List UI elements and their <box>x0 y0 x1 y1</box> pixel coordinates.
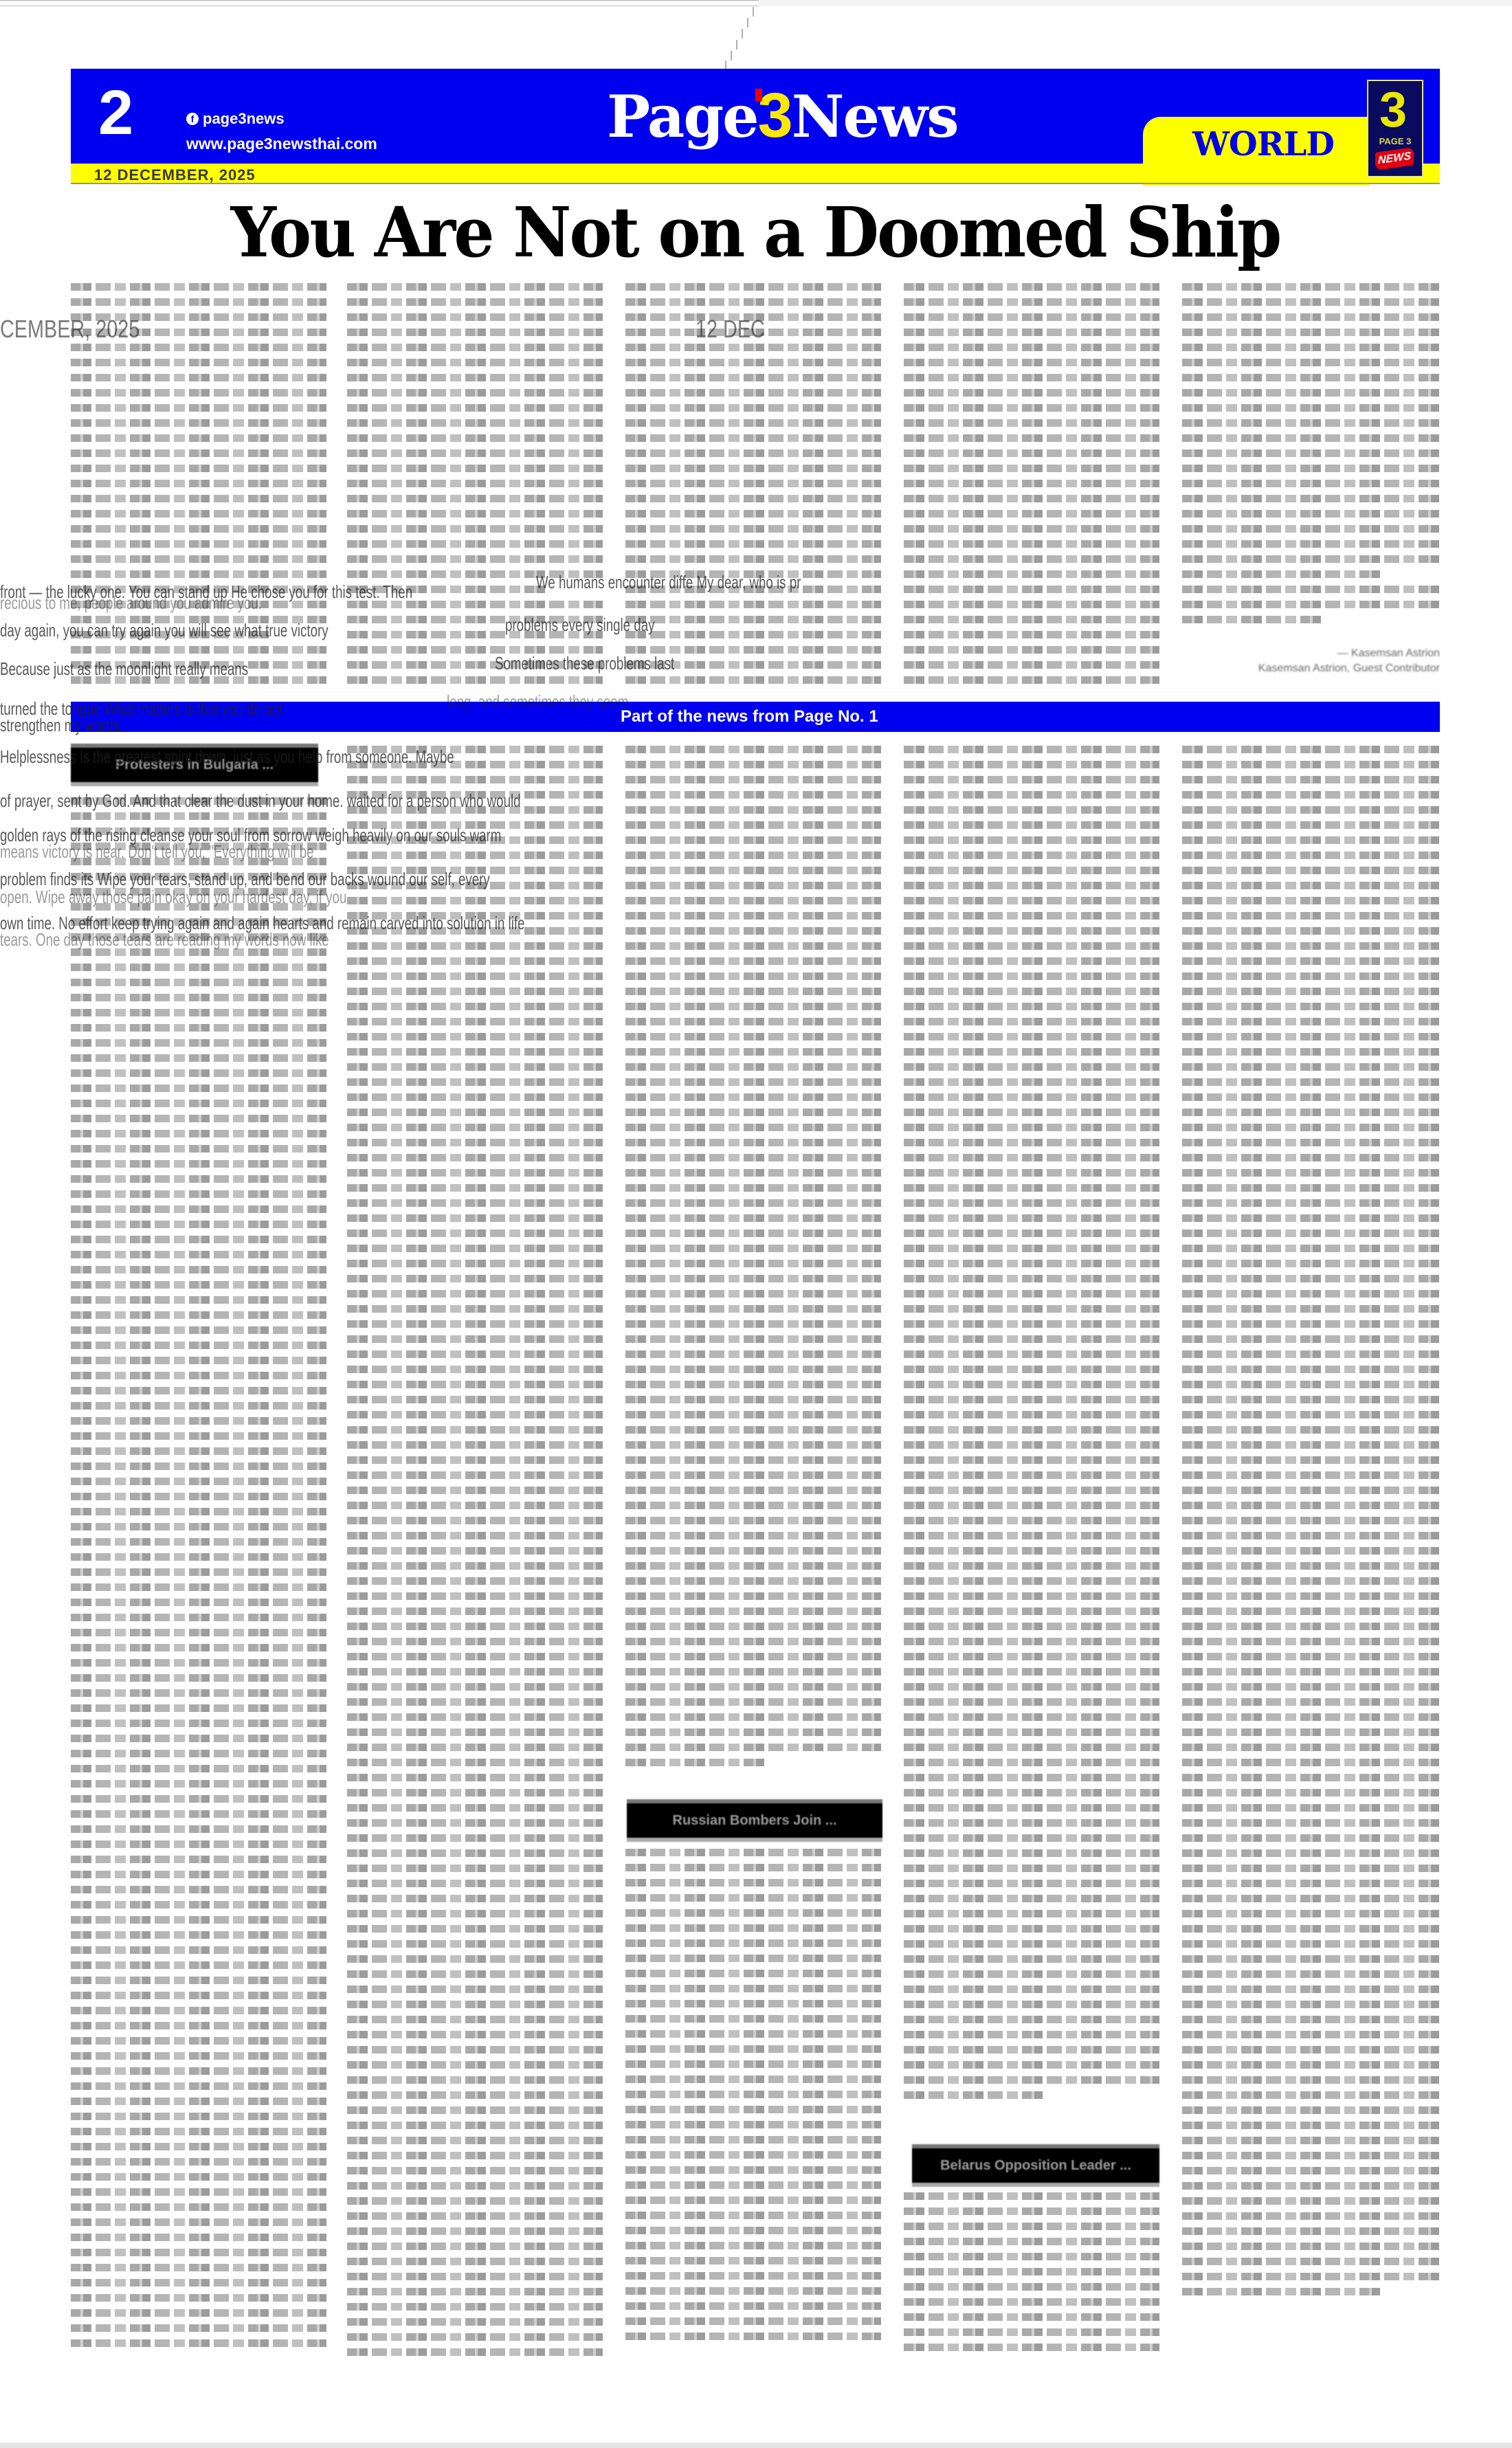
news-column-3-lower <box>625 1849 881 2357</box>
article-headline: You Are Not on a Doomed Ship <box>119 194 1392 270</box>
artifact-mark <box>731 51 732 60</box>
logo-number: 3 <box>758 80 792 151</box>
article-column-5 <box>1182 283 1440 641</box>
artifact-mark <box>753 7 754 16</box>
artifact-mark <box>742 29 743 38</box>
ghost-line: tears. One day those tears are reading m… <box>0 929 329 950</box>
continuation-label: Part of the news from Page No. 1 <box>621 707 878 726</box>
ghost-line: Sometimes these problems last <box>495 653 674 674</box>
social-link[interactable]: fpage3news <box>186 110 285 128</box>
page3news-logo: Page3News <box>607 84 958 147</box>
artifact-mark <box>747 18 748 27</box>
ghost-line: open. Wipe away those pain okay on your … <box>0 887 346 908</box>
ghost-line: of prayer, sent by God. And that clear t… <box>0 790 521 812</box>
social-handle: page3news <box>203 110 285 127</box>
masthead: 12 DECEMBER, 2025 2 fpage3news www.page3… <box>71 69 1440 181</box>
news-column-1-body <box>71 797 326 2385</box>
logo-text-left: Page <box>607 82 758 151</box>
subhead-belarus-opposition: Belarus Opposition Leader ... <box>912 2144 1159 2187</box>
ghost-line: Because just as the moonlight really mea… <box>0 658 248 680</box>
article-byline: — Kasemsan Astrion Kasemsan Astrion, Gue… <box>1196 646 1440 676</box>
page-number: 2 <box>98 81 133 144</box>
ghost-line: day again, you can try again you will se… <box>0 620 329 641</box>
article-column-4 <box>904 283 1159 694</box>
ghost-line: problems every single day <box>505 614 654 636</box>
news-column-5 <box>1182 746 1440 2354</box>
article-column-3 <box>625 283 881 694</box>
artifact-mark <box>736 40 737 49</box>
facebook-icon: f <box>186 113 199 125</box>
newspaper-page: 12 DECEMBER, 2025 2 fpage3news www.page3… <box>0 0 1512 2448</box>
badge-news: NEWS <box>1375 147 1414 170</box>
badge-page: PAGE 3 <box>1372 136 1418 146</box>
news-column-3 <box>625 746 881 1783</box>
ghost-line: strengthen my words. <box>0 715 123 736</box>
top-shade <box>759 0 1512 5</box>
ghost-line: long, and sometimes they seem <box>447 691 628 713</box>
ghost-line: We humans encounter diffe My dear, who i… <box>536 572 801 593</box>
issue-date: 12 DECEMBER, 2025 <box>94 166 256 184</box>
top-rule <box>0 0 759 1</box>
website-link[interactable]: www.page3newsthai.com <box>186 135 377 153</box>
bottom-edge <box>0 2443 1512 2448</box>
ghost-line: means victory is near. Don't tell you, "… <box>0 841 314 863</box>
news-column-4-lower <box>904 2192 1159 2364</box>
logo-text-right: News <box>792 82 958 151</box>
news-column-4 <box>904 746 1159 2120</box>
news-column-2 <box>347 746 603 2381</box>
subhead-russian-bombers: Russian Bombers Join ... <box>627 1799 882 1842</box>
ghost-date: CEMBER, 2025 <box>0 315 140 344</box>
masthead-rule <box>71 183 1440 184</box>
top-rule-secondary <box>0 5 759 6</box>
section-label: WORLD <box>1192 125 1334 164</box>
date-band: 12 DECEMBER, 2025 <box>71 164 1440 183</box>
badge-number: 3 <box>1379 85 1407 135</box>
ghost-date: 12 DEC <box>696 315 765 344</box>
page3-badge: 3 PAGE 3 NEWS <box>1367 80 1423 177</box>
ghost-line: Helplessness is the greatest spirit down… <box>0 746 454 768</box>
ghost-line: recious to me, people around you admire … <box>0 592 262 614</box>
